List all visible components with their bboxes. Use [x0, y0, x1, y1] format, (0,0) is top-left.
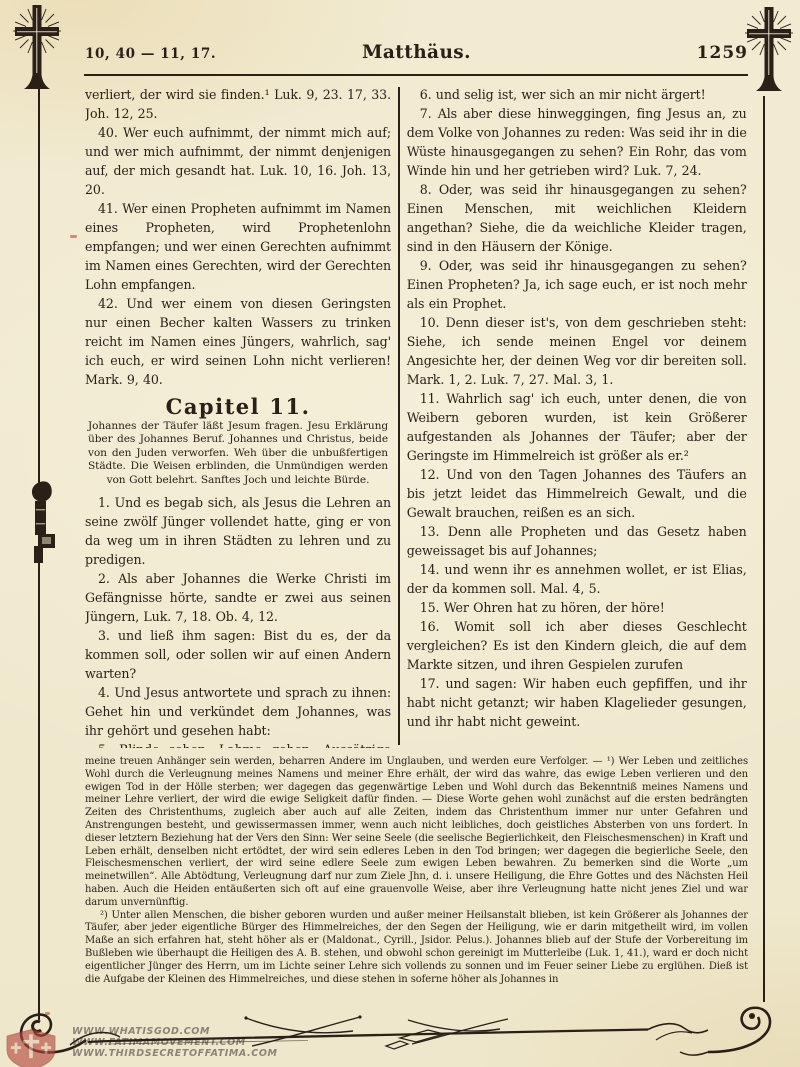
header-book-title: Matthäus. — [362, 42, 471, 63]
header-page-number: 1259 — [471, 43, 748, 63]
verse-paragraph: 4. Und Jesus antwortete und sprach zu ih… — [85, 683, 391, 740]
header-verse-range: 10, 40 — 11, 17. — [85, 46, 362, 62]
right-column: 6. und selig ist, wer sich an mir nicht … — [407, 85, 747, 748]
verse-paragraph: 15. Wer Ohren hat zu hören, der höre! — [407, 598, 747, 617]
column-divider — [398, 87, 400, 745]
border-line-right — [763, 96, 765, 1002]
footnote-2: ²) Unter allen Menschen, die bisher gebo… — [85, 910, 748, 987]
footnote-1: meine treuen Anhänger sein werden, behar… — [85, 756, 748, 910]
clasp-ornament-left — [26, 478, 56, 572]
verse-paragraph: 16. Womit soll ich aber dieses Geschlech… — [407, 617, 747, 674]
verse-paragraph: 40. Wer euch aufnimmt, der nimmt mich au… — [85, 123, 391, 199]
verse-paragraph: 12. Und von den Tagen Johannes des Täufe… — [407, 465, 747, 522]
chapter-summary: Johannes der Täufer läßt Jesum fragen. J… — [85, 420, 391, 487]
header-rule — [84, 74, 748, 76]
scanned-bible-page: 10, 40 — 11, 17. Matthäus. 1259 verliert… — [0, 0, 800, 1067]
cross-sunburst-ornament-top-right — [740, 4, 798, 96]
scan-speck — [70, 235, 77, 238]
verse-paragraph: 5. Blinde sehen, Lahme gehen, Aussätzige… — [85, 740, 391, 748]
cross-sunburst-ornament-top-left — [8, 2, 66, 94]
verse-paragraph: 7. Als aber diese hinweggingen, fing Jes… — [407, 104, 747, 180]
left-column: verliert, der wird sie finden.¹ Luk. 9, … — [85, 85, 391, 748]
verse-paragraph: 2. Als aber Johannes die Werke Christi i… — [85, 569, 391, 626]
verse-paragraph: 9. Oder, was seid ihr hinausgegangen zu … — [407, 256, 747, 313]
footnotes-section: meine treuen Anhänger sein werden, behar… — [85, 756, 748, 1004]
verse-paragraph: 11. Wahrlich sag' ich euch, unter denen,… — [407, 389, 747, 465]
chapter-heading: Capitel 11. — [85, 397, 391, 416]
verse-paragraph: 8. Oder, was seid ihr hinausgegangen zu … — [407, 180, 747, 256]
verse-paragraph: 13. Denn alle Propheten und das Gesetz h… — [407, 522, 747, 560]
verse-paragraph: 14. und wenn ihr es annehmen wollet, er … — [407, 560, 747, 598]
verse-paragraph: 17. und sagen: Wir haben euch gepfiffen,… — [407, 674, 747, 731]
verse-paragraph: 41. Wer einen Propheten aufnimmt im Name… — [85, 199, 391, 294]
text-columns: verliert, der wird sie finden.¹ Luk. 9, … — [85, 85, 747, 748]
verse-paragraph: 3. und ließ ihm sagen: Bist du es, der d… — [85, 626, 391, 683]
shield-cross-emblem — [2, 1028, 60, 1067]
verse-paragraph: 10. Denn dieser ist's, von dem geschrieb… — [407, 313, 747, 389]
page-header: 10, 40 — 11, 17. Matthäus. 1259 — [85, 42, 748, 63]
verse-paragraph: 6. und selig ist, wer sich an mir nicht … — [407, 85, 747, 104]
bottom-flourish-ornament — [8, 1000, 792, 1064]
verse-paragraph: 42. Und wer einem von diesen Geringsten … — [85, 294, 391, 389]
verse-paragraph: 1. Und es begab sich, als Jesus die Lehr… — [85, 493, 391, 569]
verse-paragraph: verliert, der wird sie finden.¹ Luk. 9, … — [85, 85, 391, 123]
